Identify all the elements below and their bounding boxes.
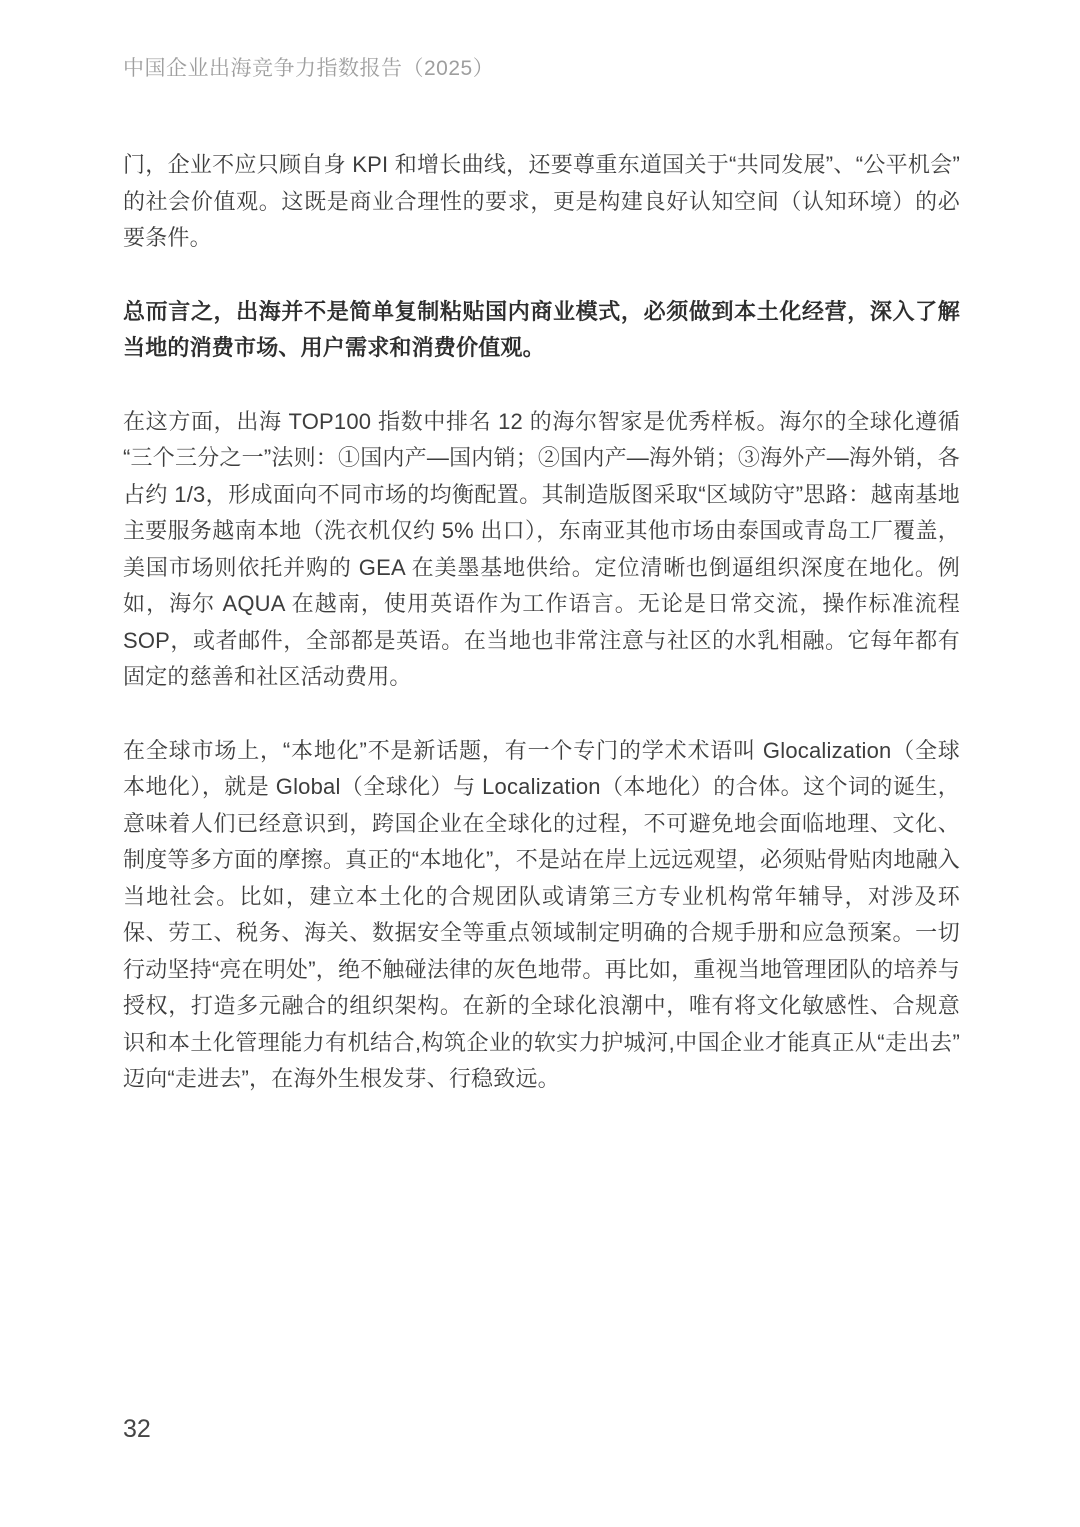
report-header: 中国企业出海竞争力指数报告（2025） [123,55,960,83]
document-page: 中国企业出海竞争力指数报告（2025） 门，企业不应只顾自身 KPI 和增长曲线… [0,0,1080,1527]
page-number: 32 [123,1412,151,1446]
paragraph-summary-bold: 总而言之，出海并不是简单复制粘贴国内商业模式，必须做到本土化经营，深入了解当地的… [123,294,960,367]
body-text: 门，企业不应只顾自身 KPI 和增长曲线，还要尊重东道国关于“共同发展”、“公平… [123,147,960,1098]
paragraph-glocalization: 在全球市场上，“本地化”不是新话题，有一个专门的学术术语叫 Glocalizat… [123,733,960,1098]
paragraph-kpi-values: 门，企业不应只顾自身 KPI 和增长曲线，还要尊重东道国关于“共同发展”、“公平… [123,147,960,257]
paragraph-haier-example: 在这方面，出海 TOP100 指数中排名 12 的海尔智家是优秀样板。海尔的全球… [123,404,960,696]
